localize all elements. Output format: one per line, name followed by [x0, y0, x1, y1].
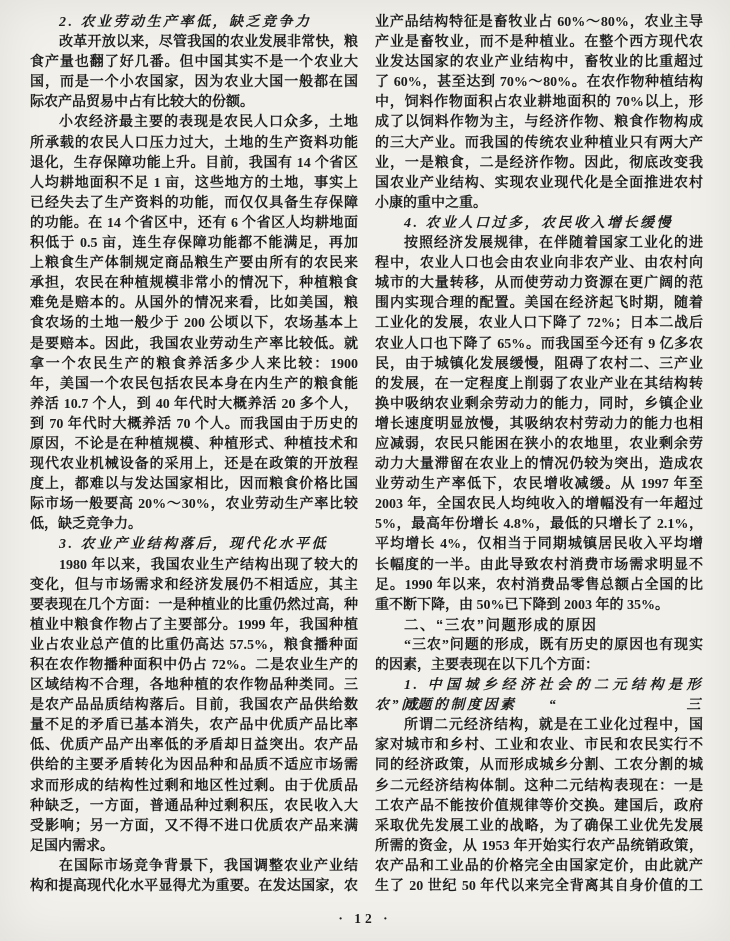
text-line: 积在农作物播种面积中仍占 72%。二是农业生产的: [30, 656, 358, 676]
text-line: 现代农业机械设备的采用上，还是在政策的开放程: [30, 455, 358, 475]
text-line: 了 60%，甚至达到 70%～80%。在农作物种植结构: [375, 73, 703, 93]
heading-line: 1. 中国城乡经济社会的二元结构是形成“三: [375, 676, 703, 696]
text-line: 所承载的农民人口压力过大，土地的生产资料功能: [30, 134, 358, 154]
text-line: 的发展，在一定程度上削弱了农业产业在其结构转: [375, 375, 703, 395]
text-line: 同的经济政策，从而形成城乡分割、工农分割的城: [375, 756, 703, 776]
text-line: 业劳动生产率低下，农民增收减缓。从 1997 年至: [375, 475, 703, 495]
text-line: 按照经济发展规律，在伴随着国家工业化的进: [375, 234, 703, 254]
text-line: 长幅度的一半。由此导致农村消费市场需求明显不: [375, 556, 703, 576]
page-number: · 12 ·: [0, 911, 730, 927]
text-line: 工农产品不能按价值规律等价交换。建国后，政府: [375, 797, 703, 817]
text-line: 低，缺乏竞争力。: [30, 515, 358, 535]
text-line: 小康的重中之重。: [375, 194, 703, 214]
text-line: 到 70 年代时大概养活 70 个人。而我国由于历史的: [30, 415, 358, 435]
text-line: 积低于 0.5 亩，连生存保障功能都不能满足，再加: [30, 234, 358, 254]
text-line: 农业人口也下降了 65%。而我国至今还有 9 亿多农: [375, 335, 703, 355]
text-line: 平均增长 4%，仅相当于同期城镇居民收入平均增: [375, 535, 703, 555]
text-line: 业发达国家的农业产业结构中，畜牧业的比重超过: [375, 53, 703, 73]
text-line: 动力大量滞留在农业上的情况仍较为突出，造成农: [375, 455, 703, 475]
left-column: 2. 农业劳动生产率低，缺乏竞争力改革开放以来，尽管我国的农业发展非常快，粮食产…: [30, 13, 358, 897]
text-line: 是农产品品质结构落后。目前，我国农产品供给数: [30, 696, 358, 716]
text-line: 业，一是粮食，二是经济作物。因此，彻底改变我: [375, 154, 703, 174]
text-line: 足国内需求。: [30, 837, 358, 857]
text-line: 产业是畜牧业，而不是种植业。在整个西方现代农: [375, 33, 703, 53]
text-line: 上粮食生产体制规定商品粮生产要由所有的农民来: [30, 254, 358, 274]
text-line: 构和提高现代化水平显得尤为重要。在发达国家，农: [30, 877, 358, 897]
right-column: 业产品结构特征是畜牧业占 60%～80%，农业主导产业是畜牧业，而不是种植业。在…: [375, 13, 703, 897]
text-line: 农产品和工业品的价格完全由国家定价，由此就产: [375, 857, 703, 877]
heading-line: 2. 农业劳动生产率低，缺乏竞争力: [30, 13, 358, 33]
text-line: 已经失去了生产资料的功能，而仅仅具备生存保障: [30, 194, 358, 214]
text-line: 的因素，主要表现在以下几个方面：: [375, 656, 703, 676]
text-line: 家对城市和乡村、工业和农业、市民和农民实行不: [375, 736, 703, 756]
text-line: 食农场的土地一般少于 200 公顷以下，农场基本上: [30, 314, 358, 334]
text-line: 国农业产业结构、实现农业现代化是全面推进农村: [375, 174, 703, 194]
text-line: 难免是赔本的。从国外的情况来看，比如美国，粮: [30, 294, 358, 314]
text-line: 业产品结构特征是畜牧业占 60%～80%，农业主导: [375, 13, 703, 33]
text-line: 所谓二元经济结构，就是在工业化过程中，国: [375, 716, 703, 736]
text-line: 养活 10.7 个人，到 40 年代时大概养活 20 多个人，: [30, 395, 358, 415]
text-line: 足。1990 年以来，农村消费品零售总额占全国的比: [375, 576, 703, 596]
text-line: 5%，最高年份增长 4.8%，最低的只增长了 2.1%，: [375, 515, 703, 535]
text-line: 受影响；另一方面，又不得不进口优质农产品来满: [30, 817, 358, 837]
text-line: 成了以饲料作物为主，与经济作物、粮食作物构成: [375, 113, 703, 133]
text-line: 食产量也翻了好几番。但中国其实不是一个农业大: [30, 53, 358, 73]
text-line: 求而形成的结构性过剩和地区性过剩。由于优质品: [30, 777, 358, 797]
heading-line: 4. 农业人口过多，农民收入增长缓慢: [375, 214, 703, 234]
text-line: 区域结构不合理，各地种植的农作物品种类同。三: [30, 676, 358, 696]
text-line: 要表现在几个方面：一是种植业的比重仍然过高，种: [30, 596, 358, 616]
text-line: “三农”问题的形成，既有历史的原因也有现实: [375, 636, 703, 656]
text-line: 人均耕地面积不足 1 亩，这些地方的土地，事实上: [30, 174, 358, 194]
text-line: 的功能。在 14 个省区中，还有 6 个省区人均耕地面: [30, 214, 358, 234]
text-line: 承担，农民在种植规模非常小的情况下，种植粮食: [30, 274, 358, 294]
text-line: 业占农业总产值的比重仍高达 57.5%，粮食播种面: [30, 636, 358, 656]
document-page: 2. 农业劳动生产率低，缺乏竞争力改革开放以来，尽管我国的农业发展非常快，粮食产…: [0, 0, 730, 941]
heading-line: 3. 农业产业结构落后，现代化水平低: [30, 535, 358, 555]
text-line: 换中吸纳农业剩余劳动力的能力，同时，乡镇企业: [375, 395, 703, 415]
two-column-text-area: 2. 农业劳动生产率低，缺乏竞争力改革开放以来，尽管我国的农业发展非常快，粮食产…: [0, 0, 730, 897]
text-line: 1980 年以来，我国农业生产结构出现了较大的: [30, 556, 358, 576]
text-line: 植业中粮食作物占了主要部分。1999 年，我国种植: [30, 616, 358, 636]
text-line: 乡二元经济结构体制。这种二元结构表现在：一是: [375, 777, 703, 797]
text-line: 应减弱，农民只能困在狭小的农地里，农业剩余劳: [375, 435, 703, 455]
text-line: 围内实现合理的配置。美国在经济起飞时期，随着: [375, 294, 703, 314]
text-line: 供给的主要矛盾转化为因品种和品质不适应市场需: [30, 756, 358, 776]
text-line: 是要赔本。因此，我国农业劳动生产率比较低。就: [30, 335, 358, 355]
text-line: 量不足的矛盾已基本消失，农产品中优质产品比率: [30, 716, 358, 736]
text-line: 改革开放以来，尽管我国的农业发展非常快，粮: [30, 33, 358, 53]
text-line: 所需的资金，从 1953 年开始实行农产品统销政策，: [375, 837, 703, 857]
text-line: 城市的大量转移，从而使劳动力资源在更广阔的范: [375, 274, 703, 294]
text-line: 退化，生存保障功能上升。目前，我国有 14 个省区: [30, 154, 358, 174]
text-line: 低、优质产品产出率低的矛盾却日益突出。农产品: [30, 736, 358, 756]
text-line: 种缺乏，一方面，普通品种过剩积压，农民收入大: [30, 797, 358, 817]
text-line: 采取优先发展工业的战略，为了确保工业优先发展: [375, 817, 703, 837]
text-line: 的三大产业。而我国的传统农业种植业只有两大产: [375, 134, 703, 154]
text-line: 重不断下降，由 50%已下降到 2003 年的 35%。: [375, 596, 703, 616]
text-line: 度上，都难以与发达国家相比，因而粮食价格比国: [30, 475, 358, 495]
text-line: 小农经济最主要的表现是农民人口众多，土地: [30, 113, 358, 133]
text-line: 中，饲料作物面积占农业耕地面积的 70%以上，形: [375, 93, 703, 113]
text-line: 年，美国一个农民包括农民本身在内生产的粮食能: [30, 375, 358, 395]
text-line: 工业化的发展，农业人口下降了 72%；日本二战后: [375, 314, 703, 334]
text-line: 2003 年，全国农民人均纯收入的增幅没有一年超过: [375, 495, 703, 515]
text-line: 生了 20 世纪 50 年代以来完全背离其自身价值的工: [375, 877, 703, 897]
text-line: 原因，不论是在种植规模、种植形式、种植技术和: [30, 435, 358, 455]
text-line: 变化，但与市场需求和经济发展仍不相适应，其主: [30, 576, 358, 596]
text-line: 民，由于城镇化发展缓慢，阻碍了农村二、三产业: [375, 355, 703, 375]
text-line: 拿一个农民生产的粮食养活多少人来比较：1900: [30, 355, 358, 375]
text-line: 增长速度明显放慢，其吸纳农村劳动力的能力也相: [375, 415, 703, 435]
text-line: 际农产品贸易中占有比较大的份额。: [30, 93, 358, 113]
text-line: 程中，农业人口也会由农业向非农产业、由农村向: [375, 254, 703, 274]
text-line: 在国际市场竞争背景下，我国调整农业产业结: [30, 857, 358, 877]
heading-line: 二、“三农”问题形成的原因: [375, 616, 703, 636]
text-line: 际市场一般要高 20%～30%，农业劳动生产率比较: [30, 495, 358, 515]
text-line: 国，而是一个小农国家，因为农业大国一般都在国: [30, 73, 358, 93]
